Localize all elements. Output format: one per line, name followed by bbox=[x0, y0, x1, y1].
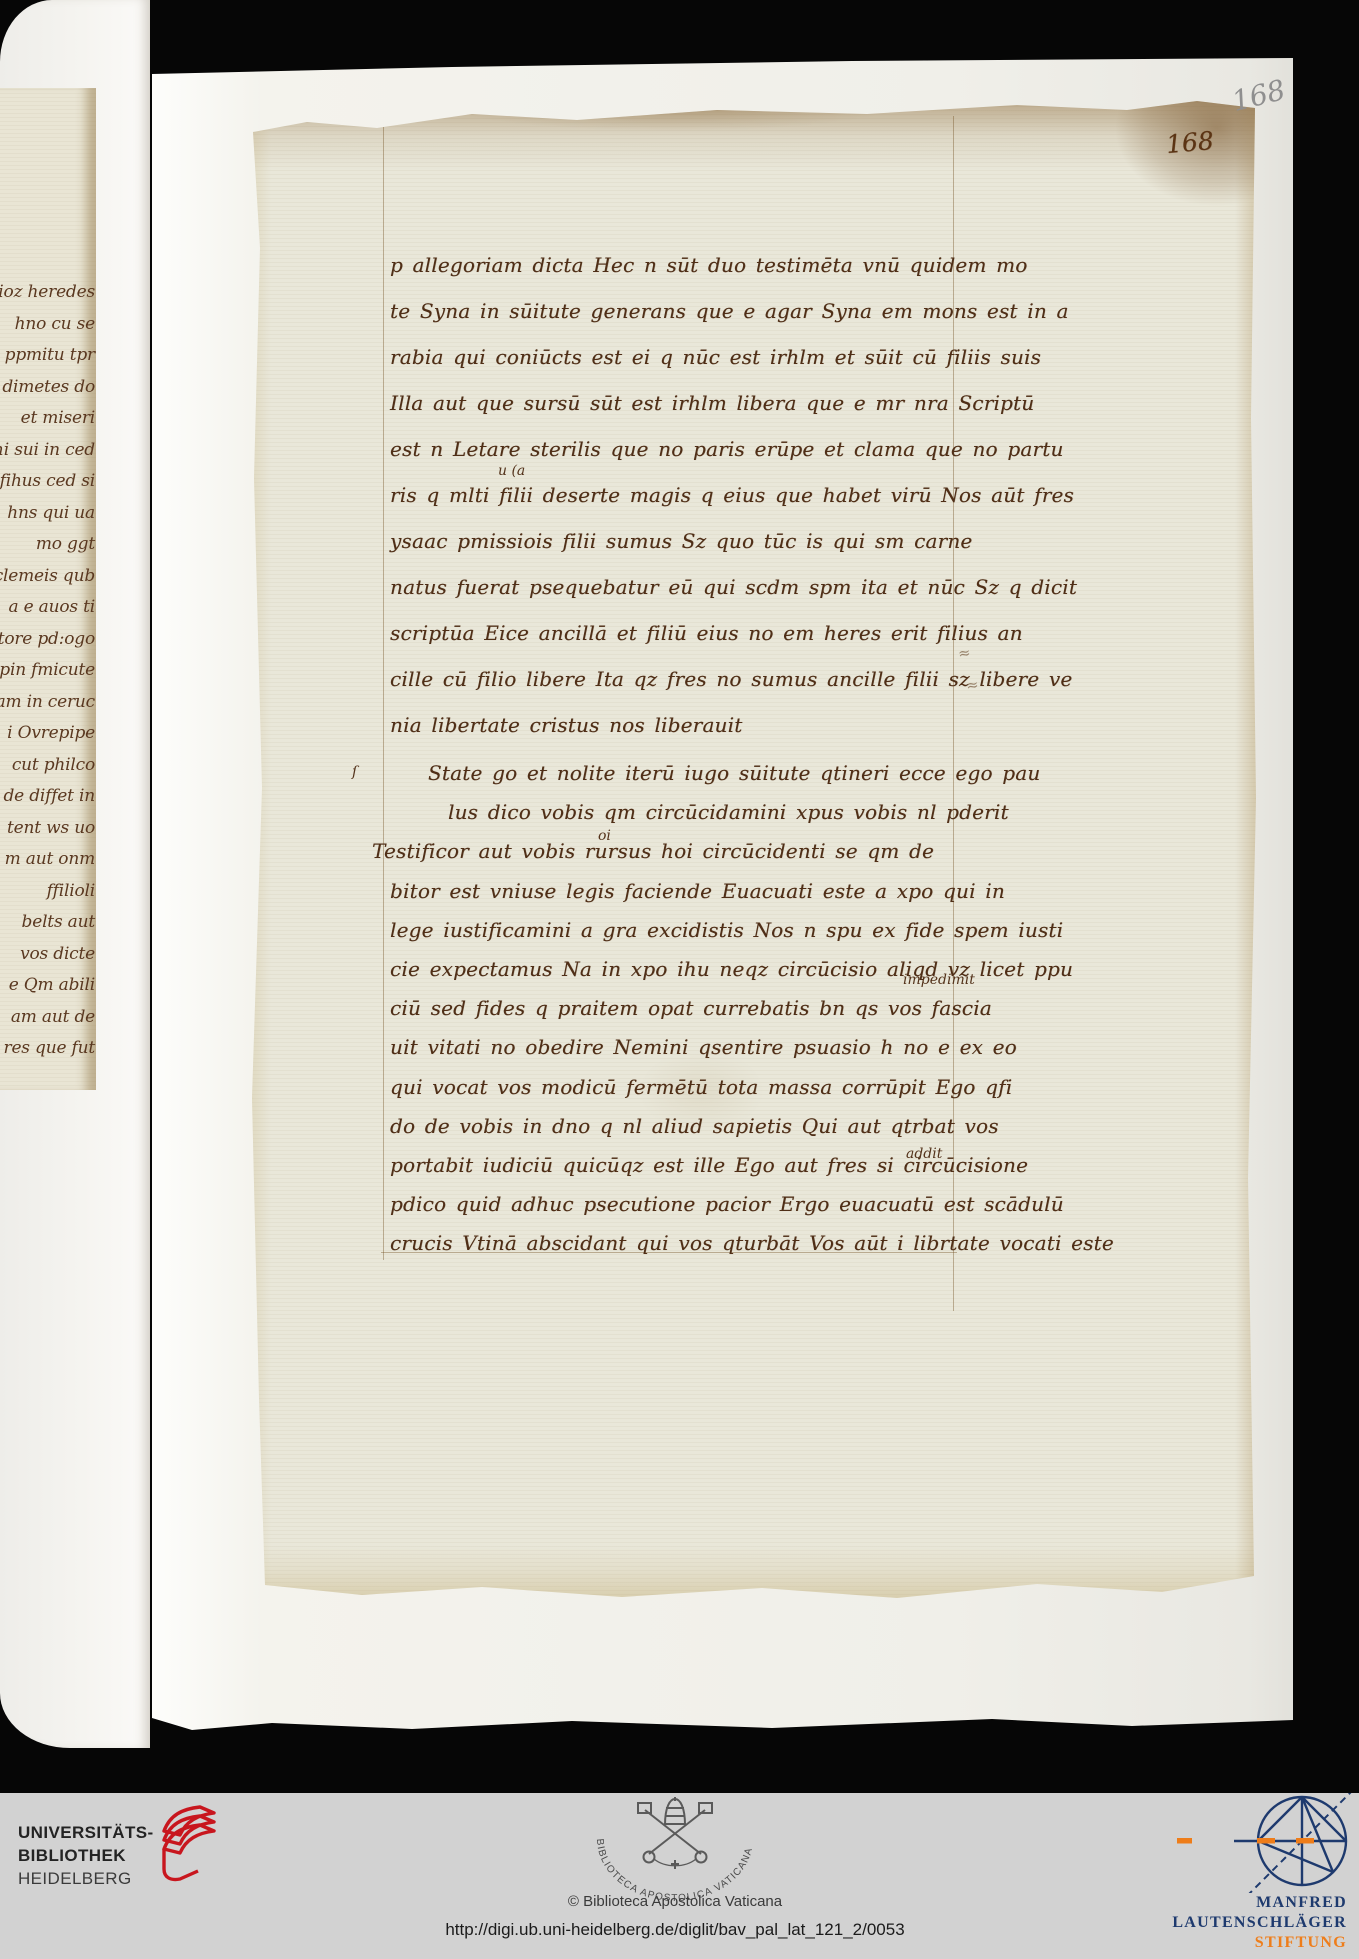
lautenschlaeger-stiftung-label: MANFRED LAUTENSCHLÄGER STIFTUNG bbox=[1172, 1893, 1347, 1953]
margin-fragment: hi sui in ced bbox=[0, 440, 95, 460]
margin-fragment: am in ceruc bbox=[0, 692, 95, 712]
facing-page-text-area bbox=[0, 88, 96, 1090]
margin-fragment: ppmitu tpr bbox=[5, 345, 95, 365]
manuscript-line: nia libertate cristus nos liberauit bbox=[390, 715, 742, 735]
footer-bar: UNIVERSITÄTS- BIBLIOTHEK HEIDELBERG bbox=[0, 1793, 1359, 1959]
manuscript-line: ris q mlti filii deserte magis q eius qu… bbox=[390, 485, 1074, 505]
ub-logo-line3: HEIDELBERG bbox=[18, 1867, 154, 1890]
manuscript-line: ciū sed fides q praitem opat currebatis … bbox=[390, 998, 992, 1018]
manuscript-line: bitor est vniuse legis faciende Euacuati… bbox=[390, 881, 1005, 901]
margin-fragment: ffilioli bbox=[47, 881, 95, 901]
margin-fragment: fihus ced si bbox=[0, 471, 95, 491]
ub-logo-line2: BIBLIOTHEK bbox=[18, 1844, 154, 1867]
manuscript-line: scriptūa Eice ancillā et filiū eius no e… bbox=[390, 623, 1023, 643]
margin-mark: ≈ bbox=[957, 643, 972, 663]
ub-logo-line1: UNIVERSITÄTS- bbox=[18, 1821, 154, 1844]
margin-fragment: am aut de bbox=[11, 1007, 95, 1027]
margin-fragment: vos dicte bbox=[20, 944, 95, 964]
margin-fragment: m aut onm bbox=[5, 849, 95, 869]
margin-fragment: et miseri bbox=[21, 408, 95, 428]
manuscript-line: lege iustificamini a gra excidistis Nos … bbox=[390, 920, 1063, 940]
interlinear-note: addit bbox=[906, 1146, 942, 1162]
manuscript-line: natus fuerat psequebatur eū qui scdm spm… bbox=[390, 577, 1077, 597]
margin-mark: ≈ bbox=[965, 675, 980, 695]
interlinear-note: ſ bbox=[352, 764, 357, 780]
manuscript-line: Illa aut que sursū sūt est irhlm libera … bbox=[390, 393, 1034, 413]
margin-fragment: i Ovrepipe bbox=[7, 723, 95, 743]
ub-heidelberg-logo: UNIVERSITÄTS- BIBLIOTHEK HEIDELBERG bbox=[18, 1821, 154, 1890]
open-book-icon bbox=[156, 1803, 220, 1883]
manuscript-line: pdico quid adhuc psecutione pacior Ergo … bbox=[390, 1194, 1064, 1214]
margin-fragment: hns qui ua bbox=[7, 503, 95, 523]
manuscript-line: te Syna in sūitute generans que e agar S… bbox=[390, 301, 1069, 321]
margin-fragment: dimetes do bbox=[2, 377, 95, 397]
margin-fragment: a e auos ti bbox=[8, 597, 95, 617]
manuscript-line: do de vobis in dno q nl aliud sapietis Q… bbox=[390, 1116, 999, 1136]
manuscript-line: lus dico vobis qm circūcidamini xpus vob… bbox=[448, 802, 1009, 822]
manuscript-line: Testificor aut vobis rursus hoi circūcid… bbox=[372, 841, 934, 861]
margin-fragment: cut philco bbox=[12, 755, 95, 775]
margin-fragment: mo ggt bbox=[36, 534, 95, 554]
margin-fragment: store pd:ogo bbox=[0, 629, 95, 649]
interlinear-note: oi bbox=[598, 828, 611, 844]
digitized-manuscript-scan: ssioz heredeshno cu seppmitu tprdimetes … bbox=[0, 0, 1359, 1959]
page-number-ink: 168 bbox=[1165, 128, 1215, 157]
margin-fragment: t pin fmicute bbox=[0, 660, 95, 680]
margin-fragment: de diffet in bbox=[3, 786, 95, 806]
ml-logo-line3: STIFTUNG bbox=[1172, 1933, 1347, 1953]
margin-fragment: clemeis qub bbox=[0, 566, 95, 586]
manuscript-line: State go et nolite iterū iugo sūitute qt… bbox=[428, 763, 1040, 783]
interlinear-note: impedimit bbox=[903, 972, 975, 988]
margin-fragment: hno cu se bbox=[15, 314, 95, 334]
margin-fragment: belts aut bbox=[22, 912, 95, 932]
interlinear-note: u (a bbox=[498, 463, 525, 479]
margin-fragment: res que fut bbox=[4, 1038, 95, 1058]
source-url: http://digi.ub.uni-heidelberg.de/diglit/… bbox=[0, 1920, 1350, 1940]
manuscript-line: est n Letare sterilis que no paris erūpe… bbox=[390, 439, 1064, 459]
manuscript-line: qui vocat vos modicū fermētū tota massa … bbox=[390, 1077, 1012, 1097]
margin-fragment: e Qm abili bbox=[9, 975, 95, 995]
margin-fragment: tent ws uo bbox=[7, 818, 95, 838]
margin-fragment: ssioz heredes bbox=[0, 282, 95, 302]
manuscript-line: ysaac pmissiois filii sumus Sz quo tūc i… bbox=[390, 531, 972, 551]
manuscript-line: crucis Vtinā abscidant qui vos qturbāt V… bbox=[390, 1233, 1114, 1253]
ruling-line-left bbox=[383, 120, 384, 1260]
ml-logo-line2: LAUTENSCHLÄGER bbox=[1172, 1913, 1347, 1933]
manuscript-line: p allegoriam dicta Hec n sūt duo testimē… bbox=[390, 255, 1028, 275]
lautenschlaeger-stiftung-icon bbox=[1159, 1793, 1359, 1893]
manuscript-line: rabia qui coniūcts est ei q nūc est irhl… bbox=[390, 347, 1041, 367]
manuscript-line: uit vitati no obedire Nemini qsentire ps… bbox=[390, 1037, 1017, 1057]
copyright-line: © Biblioteca Apostolica Vaticana bbox=[0, 1893, 1350, 1910]
ml-logo-line1: MANFRED bbox=[1172, 1893, 1347, 1913]
